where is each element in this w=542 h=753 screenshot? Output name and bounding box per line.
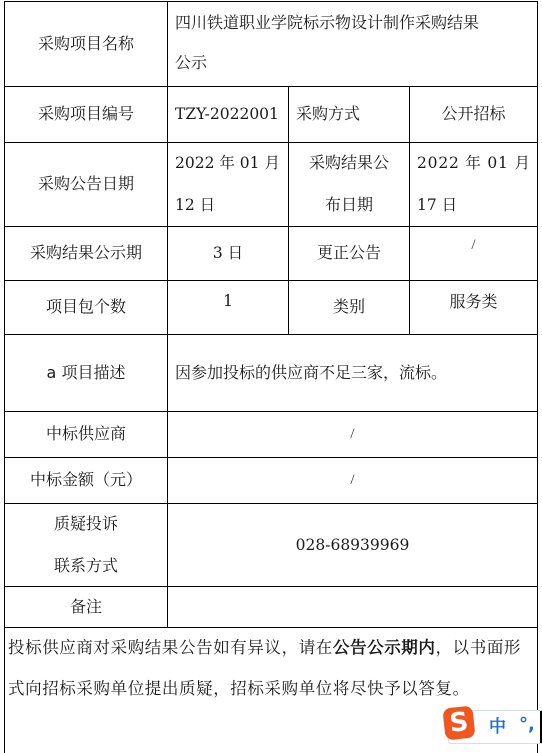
label-cell: 中标金额（元） [5, 457, 168, 503]
winning-amount-value: / [350, 458, 354, 502]
result-date-line2: 17 日 [417, 184, 537, 226]
result-date-line1: 2022 年 01 月 [417, 142, 537, 184]
method-label-cell: 采购方式 [289, 86, 410, 142]
row-winning-amount: 中标金额（元） / [5, 457, 537, 504]
label-cell: 采购结果公示期 [5, 226, 168, 280]
complaint-phone: 028-68939969 [296, 523, 410, 567]
ime-toolbar[interactable]: S 中 °, [448, 710, 542, 744]
row-project-name: 采购项目名称 四川铁道职业学院标示物设计制作采购结果 公示 [5, 2, 537, 87]
row-project-number: 采购项目编号 TZY-2022001 采购方式 公开招标 [5, 86, 537, 143]
category-value: 服务类 [449, 292, 497, 311]
package-count-value: 1 [223, 292, 233, 310]
correction-value-cell: / [410, 226, 537, 280]
row-description: a 项目描述 因参加投标的供应商不足三家，流标。 [5, 334, 537, 412]
announce-date-line1: 2022 年 01 月 [175, 142, 288, 184]
row-remarks: 备注 [5, 586, 537, 628]
project-name-label: 采购项目名称 [38, 22, 134, 66]
category-label-cell: 类别 [289, 280, 410, 334]
project-name-value-line2: 公示 [175, 44, 537, 82]
result-period-value: 3 日 [213, 231, 243, 275]
project-number-label: 采购项目编号 [38, 92, 134, 136]
notice-text-part1: 投标供应商对采购结果公告如有异议，请在 [8, 638, 333, 657]
value-cell: 028-68939969 [168, 503, 537, 586]
value-cell: 因参加投标的供应商不足三家，流标。 [168, 334, 537, 411]
correction-value: / [471, 237, 475, 253]
result-date-label-line1: 采购结果公 [289, 142, 409, 184]
project-number-value: TZY-2022001 [175, 92, 279, 136]
notice-text-bold: 公告公示期内 [333, 638, 436, 657]
value-cell: / [168, 411, 537, 457]
announce-date-label: 采购公告日期 [38, 162, 134, 206]
project-name-value-line1: 四川铁道职业学院标示物设计制作采购结果 [175, 2, 537, 44]
value-cell: 四川铁道职业学院标示物设计制作采购结果 公示 [168, 2, 537, 86]
row-announce-date: 采购公告日期 2022 年 01 月 12 日 采购结果公 布日期 2022 年… [5, 142, 537, 227]
label-cell: a 项目描述 [5, 334, 168, 411]
method-value: 公开招标 [441, 92, 505, 136]
label-cell: 备注 [5, 586, 168, 627]
label-cell: 采购公告日期 [5, 142, 168, 226]
row-package-count: 项目包个数 1 类别 服务类 [5, 280, 537, 335]
result-period-label: 采购结果公示期 [30, 231, 142, 275]
value-cell: 1 [168, 280, 289, 334]
remarks-value-cell [168, 586, 537, 627]
package-count-label: 项目包个数 [46, 285, 126, 329]
value-cell: 3 日 [168, 226, 289, 280]
winning-supplier-value: / [350, 412, 354, 456]
correction-label: 更正公告 [317, 231, 381, 275]
announce-date-cell: 2022 年 01 月 12 日 [168, 142, 289, 226]
label-cell: 中标供应商 [5, 411, 168, 457]
category-label: 类别 [333, 285, 365, 329]
result-date-label-cell: 采购结果公 布日期 [289, 142, 410, 226]
announce-date-line2: 12 日 [175, 184, 288, 226]
objection-notice: 投标供应商对采购结果公告如有异议，请在公告公示期内，以书面形式向招标采购单位提出… [8, 627, 528, 709]
method-label: 采购方式 [296, 92, 360, 136]
label-cell: 采购项目编号 [5, 86, 168, 142]
category-value-cell: 服务类 [410, 280, 537, 334]
complaint-label-line1: 质疑投诉 [5, 503, 167, 545]
winning-supplier-label: 中标供应商 [46, 412, 126, 456]
row-complaint-contact: 质疑投诉 联系方式 028-68939969 [5, 503, 537, 587]
sogou-logo-icon[interactable]: S [442, 706, 475, 741]
complaint-label-line2: 联系方式 [5, 545, 167, 587]
correction-label-cell: 更正公告 [289, 226, 410, 280]
result-date-value-cell: 2022 年 01 月 17 日 [410, 142, 537, 226]
label-cell: 采购项目名称 [5, 2, 168, 86]
row-winning-supplier: 中标供应商 / [5, 411, 537, 458]
ime-language-toggle[interactable]: 中 [489, 715, 506, 739]
result-date-label-line2: 布日期 [289, 184, 409, 226]
description-value: 因参加投标的供应商不足三家，流标。 [175, 351, 447, 395]
remarks-label: 备注 [70, 585, 102, 629]
label-cell: 项目包个数 [5, 280, 168, 334]
description-label: a 项目描述 [47, 351, 126, 395]
label-cell: 质疑投诉 联系方式 [5, 503, 168, 586]
value-cell: / [168, 457, 537, 503]
ime-punctuation-toggle[interactable]: °, [519, 713, 535, 737]
winning-amount-label: 中标金额（元） [30, 458, 142, 502]
value-cell: TZY-2022001 [168, 86, 289, 142]
row-result-period: 采购结果公示期 3 日 更正公告 / [5, 226, 537, 281]
method-value-cell: 公开招标 [410, 86, 537, 142]
